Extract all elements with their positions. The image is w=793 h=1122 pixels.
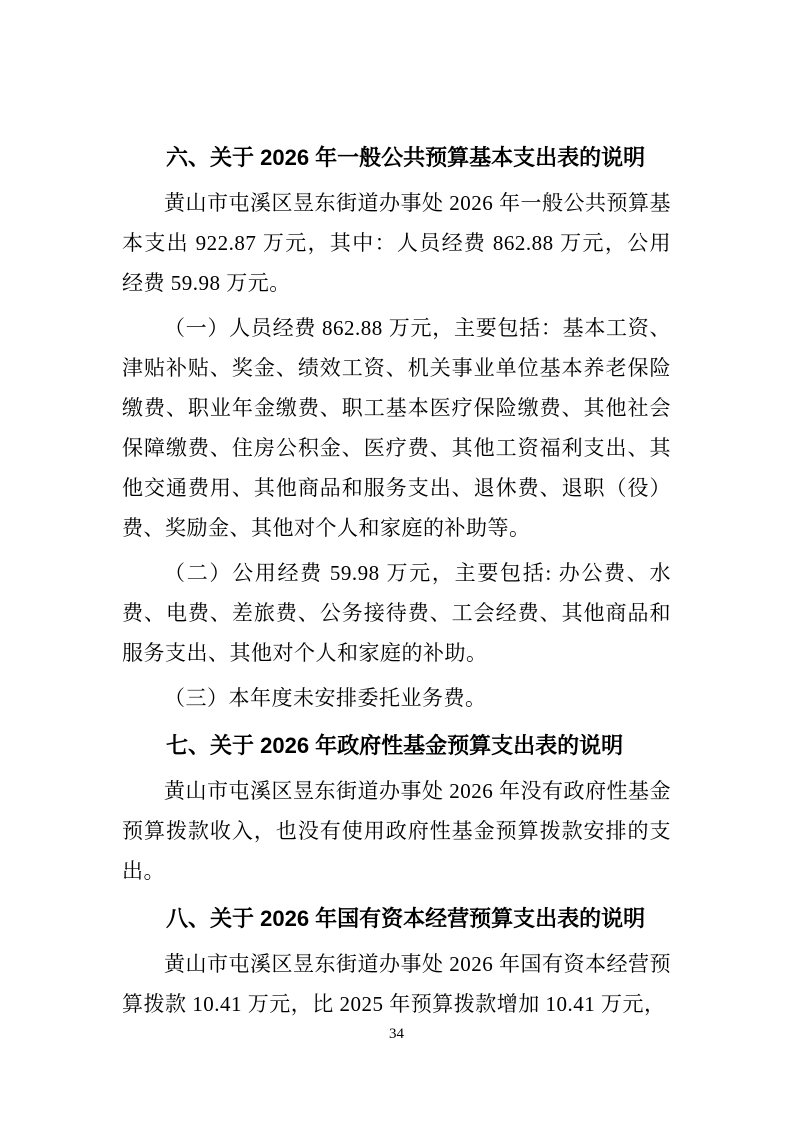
- section-general-public-budget-basic-expenditure: 六、关于 2026 年一般公共预算基本支出表的说明 黄山市屯溪区昱东街道办事处 …: [122, 138, 671, 718]
- paragraph-public-expenses: （二）公用经费 59.98 万元，主要包括: 办公费、水费、电费、差旅费、公务接…: [122, 553, 671, 673]
- paragraph-state-capital-appropriation: 黄山市屯溪区昱东街道办事处 2026 年国有资本经营预算拨款 10.41 万元，…: [122, 944, 671, 1024]
- document-page: 六、关于 2026 年一般公共预算基本支出表的说明 黄山市屯溪区昱东街道办事处 …: [0, 0, 793, 1122]
- paragraph-no-government-fund: 黄山市屯溪区昱东街道办事处 2026 年没有政府性基金预算拨款收入，也没有使用政…: [122, 771, 671, 891]
- section-heading-7: 七、关于 2026 年政府性基金预算支出表的说明: [122, 726, 671, 766]
- section-government-fund-budget: 七、关于 2026 年政府性基金预算支出表的说明 黄山市屯溪区昱东街道办事处 2…: [122, 726, 671, 891]
- page-number: 34: [0, 1026, 793, 1043]
- section-heading-8: 八、关于 2026 年国有资本经营预算支出表的说明: [122, 899, 671, 939]
- document-content: 六、关于 2026 年一般公共预算基本支出表的说明 黄山市屯溪区昱东街道办事处 …: [122, 138, 671, 1024]
- paragraph-personnel-expenses: （一）人员经费 862.88 万元，主要包括：基本工资、津贴补贴、奖金、绩效工资…: [122, 308, 671, 548]
- section-state-capital-operation-budget: 八、关于 2026 年国有资本经营预算支出表的说明 黄山市屯溪区昱东街道办事处 …: [122, 899, 671, 1024]
- paragraph-no-entrusted-business-fee: （三）本年度未安排委托业务费。: [122, 678, 671, 718]
- paragraph-total-basic-expenditure: 黄山市屯溪区昱东街道办事处 2026 年一般公共预算基本支出 922.87 万元…: [122, 183, 671, 303]
- section-heading-6: 六、关于 2026 年一般公共预算基本支出表的说明: [122, 138, 671, 178]
